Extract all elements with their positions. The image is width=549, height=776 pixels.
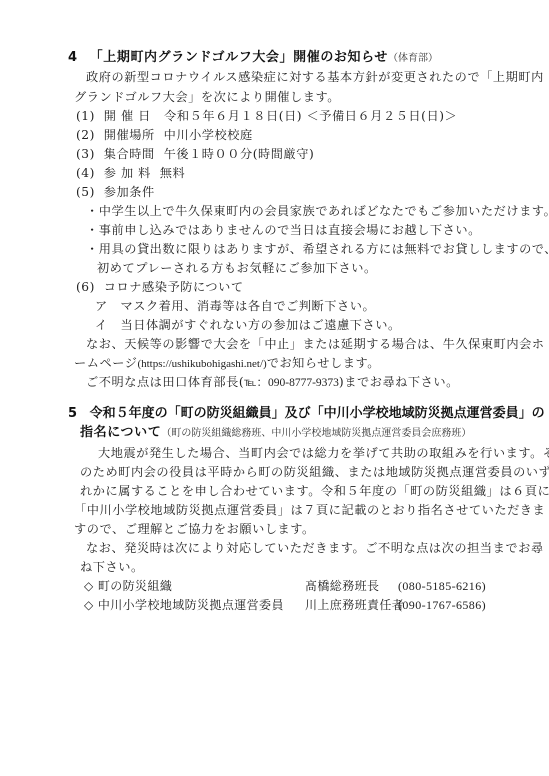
section4-item-4: (4) 参 加 料 無料	[76, 165, 185, 181]
section5-para1-4: 「中川小学校地域防災拠点運営委員」は７頁に記載のとおり指名させていただきま	[74, 502, 545, 518]
section4-note-2: ームページ(https://ushikubohigashi.net/)でお知らせ…	[74, 355, 380, 372]
section5-title-1: 令和５年度の「町の防災組織員」及び「中川小学校地域防災拠点運営委員」の	[90, 406, 545, 421]
contact-name-2: ◇ 中川小学校地域防災拠点運営委員	[84, 597, 284, 613]
section5-para2-2: ね下さい。	[80, 559, 144, 575]
condition-3: ・用具の貸出数に限りはありますが、希望される方には無料でお貸ししますので、	[86, 241, 549, 257]
section4-intro-2: グランドゴルフ大会」を次により開催します。	[74, 89, 340, 105]
section5-dept: （町の防災組織総務班、中川小学校地域防災拠点運営委員会庶務班）	[161, 428, 471, 439]
corona-item-a: ア マスク着用、消毒等は各自でご判断下さい。	[95, 298, 375, 314]
section4-number: 4	[68, 50, 78, 65]
corona-item-i: イ 当日体調がすぐれない方の参加はご遠慮下さい。	[95, 317, 401, 333]
section4-contact: ご不明な点は田口体育部長(℡：090-8777-9373)までお尋ね下さい。	[86, 374, 459, 391]
section4-item-3: (3) 集合時間 午後１時００分(時間厳守)	[76, 146, 314, 162]
homepage-link[interactable]: (https://ushikubohigashi.net/)	[137, 358, 266, 370]
section4-item-6: (6) コロナ感染予防について	[76, 279, 244, 295]
section4-heading: 4「上期町内グランドゴルフ大会」開催のお知らせ（体育部）	[68, 50, 438, 67]
contact-name-1: ◇ 町の防災組織	[84, 578, 172, 594]
contact-person-2: 川上庶務班責任者	[305, 597, 404, 613]
contact-tel: ℡：090-8777-9373	[244, 377, 339, 389]
document-page: 4「上期町内グランドゴルフ大会」開催のお知らせ（体育部） 政府の新型コロナウイル…	[0, 0, 549, 776]
condition-2: ・事前申し込みではありませんので当日は直接会場にお越し下さい。	[86, 222, 481, 238]
section5-para1-5: すので、ご理解とご協力をお願いします。	[74, 521, 315, 537]
section5-para1-1: 大地震が発生した場合、当町内会では総力を挙げて共助の取組みを行います。そ	[98, 445, 549, 461]
section5-para1-2: のため町内会の役員は平時から町の防災組織、または地域防災拠点運営委員のいず	[80, 464, 549, 480]
condition-4: 初めてプレーされる方もお気軽にご参加下さい。	[97, 260, 377, 276]
section4-item-5: (5) 参加条件	[76, 184, 155, 200]
section5-heading-1: 5令和５年度の「町の防災組織員」及び「中川小学校地域防災拠点運営委員」の	[68, 406, 545, 422]
section4-intro-1: 政府の新型コロナウイルス感染症に対する基本方針が変更されたので「上期町内	[86, 69, 544, 85]
section5-title-2: 指名について	[80, 425, 161, 440]
section5-heading-2: 指名について（町の防災組織総務班、中川小学校地域防災拠点運営委員会庶務班）	[80, 425, 471, 442]
contact-tel-1: (080-5185-6216)	[398, 578, 486, 594]
section4-note-1: なお、天候等の影響で大会を「中止」または延期する場合は、牛久保東町内会ホ	[86, 336, 545, 352]
section4-item-2: (2) 開催場所 中川小学校校庭	[76, 127, 253, 143]
section4-item-1: (1) 開 催 日 令和５年６月１８日(日) ＜予備日６月２５日(日)＞	[76, 108, 457, 124]
section4-title: 「上期町内グランドゴルフ大会」開催のお知らせ	[90, 50, 388, 65]
section5-para1-3: れかに属することを申し合わせています。令和５年度の「町の防災組織」は６頁に、	[80, 483, 549, 499]
contact-tel-2: (090-1767-6586)	[398, 597, 486, 613]
section4-dept: （体育部）	[388, 53, 438, 64]
condition-1: ・中学生以上で牛久保東町内の会員家族であればどなたでもご参加いただけます。	[86, 203, 549, 219]
contact-person-1: 髙橋総務班長	[305, 578, 379, 594]
section5-number: 5	[68, 406, 78, 421]
section5-para2-1: なお、発災時は次により対応していただきます。ご不明な点は次の担当までお尋	[86, 540, 544, 556]
